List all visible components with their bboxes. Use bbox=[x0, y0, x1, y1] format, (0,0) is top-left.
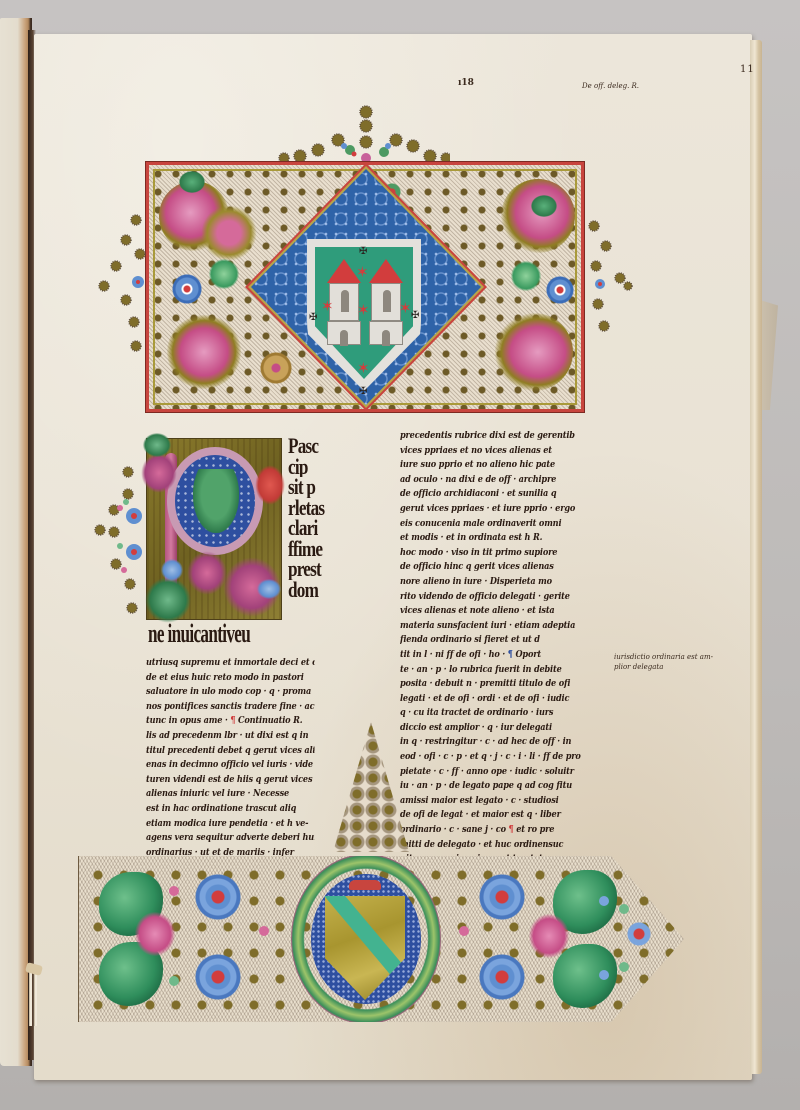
green-bud bbox=[209, 259, 239, 289]
text-segment: Continuatio R. bbox=[238, 715, 302, 726]
text-segment: tit in l · ni ff de ofi · ho · bbox=[400, 649, 505, 660]
blue-rose-icon bbox=[195, 874, 241, 920]
mullet-icon: ✶ bbox=[357, 303, 370, 318]
gloss-line: iurisdictio ordinaria est am- bbox=[614, 652, 734, 662]
text-line: nos pontifices sanctis tradere fine · ac bbox=[146, 700, 315, 715]
catchword: ı18 bbox=[458, 78, 474, 88]
text-line: de et eius huic reto modo in pastori bbox=[146, 671, 315, 686]
bead bbox=[599, 896, 609, 906]
cross-potent-icon: ✠ bbox=[359, 387, 367, 397]
mullet-icon: ✶ bbox=[356, 265, 369, 280]
bead bbox=[169, 976, 179, 986]
initial-leaf bbox=[161, 559, 183, 581]
text-line: legati · et de ofi · ordi · et de ofi · … bbox=[400, 692, 582, 707]
pink-foliage bbox=[529, 914, 569, 958]
red-paraph-icon: ¶ bbox=[230, 715, 235, 726]
cross-potent-icon: ✠ bbox=[411, 311, 419, 321]
text-line: ad oculo · na dixi e de off · archipre bbox=[400, 473, 582, 488]
incipit-line: cip bbox=[288, 457, 335, 478]
text-line: gerut vices ppriaes · et iure pprio · er… bbox=[400, 502, 582, 517]
bead bbox=[459, 926, 469, 936]
pink-foliage bbox=[135, 912, 175, 956]
text-line: titul precedenti debet q gerut vices alt bbox=[146, 744, 315, 759]
cross-potent-icon: ✠ bbox=[309, 313, 317, 323]
text-line: q · cu ita tractet de ordinario · iurs bbox=[400, 706, 582, 721]
text-line: fienda ordinario si fieret et ut d bbox=[400, 633, 582, 648]
incipit-line: ffime bbox=[288, 539, 335, 560]
historiated-initial-p: P bbox=[146, 438, 282, 620]
green-leaf bbox=[179, 171, 205, 193]
text-line: materia sunsfacient iuri · etiam adeptia bbox=[400, 619, 582, 634]
initial-leaf bbox=[255, 465, 285, 505]
text-line: est in hac ordinatione trascut aliq bbox=[146, 802, 315, 817]
text-line: tit in l · ni ff de ofi · ho · ¶ Oport bbox=[400, 648, 582, 663]
acanthus-swirl bbox=[201, 205, 257, 261]
marginal-gloss: iurisdictio ordinaria est am- plior dele… bbox=[614, 652, 734, 672]
incipit-line: prest bbox=[288, 559, 335, 580]
incipit-line: rletas bbox=[288, 498, 335, 519]
green-bud bbox=[511, 261, 541, 291]
text-line: enas in decimno officio vel iuris · vide bbox=[146, 758, 315, 773]
incipit-line: ne inuicantiveu bbox=[148, 620, 280, 648]
text-line: ordinario · c · sane j · co ¶ et ro pre bbox=[400, 823, 582, 838]
text-line: rito videndo de officio delegati · gerit… bbox=[400, 590, 582, 605]
text-line: turen videndi est de hiis q gerut vices bbox=[146, 773, 315, 788]
bas-de-page-border bbox=[78, 856, 684, 1022]
text-line: utriusq supremu et inmortale deci et cog… bbox=[146, 656, 315, 671]
text-line: iu · an · p · de legato pape q ad cog fi… bbox=[400, 779, 582, 794]
text-line: in q · restringitur · c · ad hec de off … bbox=[400, 735, 582, 750]
leaf-fore-edge bbox=[750, 40, 762, 1074]
initial-leaf bbox=[257, 579, 281, 599]
text-line: et modis · et in ordinata est h R. bbox=[400, 531, 582, 546]
tower-charge bbox=[371, 259, 401, 345]
acanthus-swirl bbox=[167, 315, 241, 389]
headpiece-side-spray-right bbox=[584, 216, 634, 346]
text-line: precedentis rubrice dixi est de gerentib bbox=[400, 429, 582, 444]
text-line: alienas iniuric vel iure · Necesse bbox=[146, 787, 315, 802]
initial-letter: P bbox=[183, 455, 184, 456]
mullet-icon: ✶ bbox=[321, 299, 334, 314]
text-line: hoc modo · viso in tit primo supiore bbox=[400, 546, 582, 561]
blue-bud bbox=[625, 920, 653, 948]
text-line: vices alienas et note alieno · et ista bbox=[400, 604, 582, 619]
text-line: de officio archidiaconi · et sunilia q bbox=[400, 487, 582, 502]
bead bbox=[259, 926, 269, 936]
blue-paraph-icon: ¶ bbox=[508, 649, 513, 660]
mullet-icon: ✶ bbox=[357, 361, 370, 376]
acanthus-swirl bbox=[495, 313, 573, 391]
illuminated-headpiece: ✶ ✶ ✶ ✶ ✶ ✠ ✠ ✠ ✠ bbox=[146, 162, 584, 412]
text-line: de officio hinc q gerit vices alienas bbox=[400, 560, 582, 575]
incipit-line: clari bbox=[288, 518, 335, 539]
text-segment: Oport bbox=[515, 649, 541, 660]
text-line: te · an · p · lo rubrica fuerit in debit… bbox=[400, 663, 582, 678]
blue-rose-icon bbox=[479, 954, 525, 1000]
text-column-left: utriusq supremu et inmortale deci et cog… bbox=[146, 656, 342, 875]
green-leaf bbox=[531, 195, 557, 217]
text-line: eod · ofi · c · p · et q · j · c · i · l… bbox=[400, 750, 582, 765]
initial-leaf bbox=[187, 551, 227, 595]
initial-leaf bbox=[141, 453, 177, 493]
text-line: mitti de delegato · et huc ordinensuc bbox=[400, 838, 582, 853]
initial-leaf bbox=[145, 577, 191, 623]
headpiece-crest-spray bbox=[278, 104, 450, 164]
text-line: etiam modica iure pendetia · et h ve- bbox=[146, 817, 315, 832]
text-line: vices ppriaes et no vices alienas et bbox=[400, 444, 582, 459]
initial-leaf bbox=[143, 433, 171, 457]
text-line: saluatore in ulo modo cop · q · proma bbox=[146, 685, 315, 700]
text-segment: et ro pre bbox=[516, 824, 554, 835]
initial-foliage bbox=[193, 469, 239, 533]
blue-rose-icon bbox=[195, 954, 241, 1000]
bead bbox=[619, 962, 629, 972]
incipit-block: Pasc cip sit p rletas clari ffime prest … bbox=[288, 436, 348, 600]
ecclesiastical-hat-icon bbox=[349, 880, 381, 890]
text-line: tunc in opus ame · ¶ Continuatio R. bbox=[146, 714, 315, 729]
cross-potent-icon: ✠ bbox=[359, 247, 367, 257]
text-line: iure suo pprio et no alieno hic pate bbox=[400, 458, 582, 473]
text-line: diccio est amplior · q · iur delegati bbox=[400, 721, 582, 736]
blue-rosette bbox=[171, 273, 203, 305]
gold-rosette bbox=[259, 351, 293, 385]
initial-side-spray bbox=[92, 460, 148, 620]
headpiece-side-spray-left bbox=[96, 210, 150, 360]
text-line: amissi maior est legato · c · studiosi bbox=[400, 794, 582, 809]
text-line: de ofi de legat · et maior est q · liber bbox=[400, 808, 582, 823]
text-line: pietate · c · ff · anno ope · iudic · so… bbox=[400, 765, 582, 780]
text-line: lis ad precedenm lbr · ut dixi est q in bbox=[146, 729, 315, 744]
bead bbox=[619, 904, 629, 914]
gloss-line: plior delegata bbox=[614, 662, 734, 672]
red-paraph-icon: ¶ bbox=[509, 824, 514, 835]
text-line: nore alieno in iure · Disperieta mo bbox=[400, 575, 582, 590]
text-line: eis conucenia male ordinaverit omni bbox=[400, 517, 582, 532]
bead bbox=[599, 970, 609, 980]
text-segment: tunc in opus ame · bbox=[146, 715, 228, 726]
blue-rosette bbox=[545, 275, 575, 305]
text-line: agens vera sequitur adverte deberi huic bbox=[146, 831, 315, 846]
folio-number: 11 bbox=[740, 64, 755, 75]
text-segment: ordinario · c · sane j · co bbox=[400, 824, 506, 835]
mullet-icon: ✶ bbox=[399, 301, 412, 316]
incipit-line: dom bbox=[288, 580, 335, 601]
incipit-line: sit p bbox=[288, 477, 335, 498]
text-line: posita · debuit n · premitti titulo de o… bbox=[400, 677, 582, 692]
running-head: De off. deleg. R. bbox=[582, 82, 639, 90]
bead bbox=[169, 886, 179, 896]
binding-string bbox=[26, 960, 42, 1030]
blue-rose-icon bbox=[479, 874, 525, 920]
incipit-line: Pasc bbox=[288, 436, 335, 457]
